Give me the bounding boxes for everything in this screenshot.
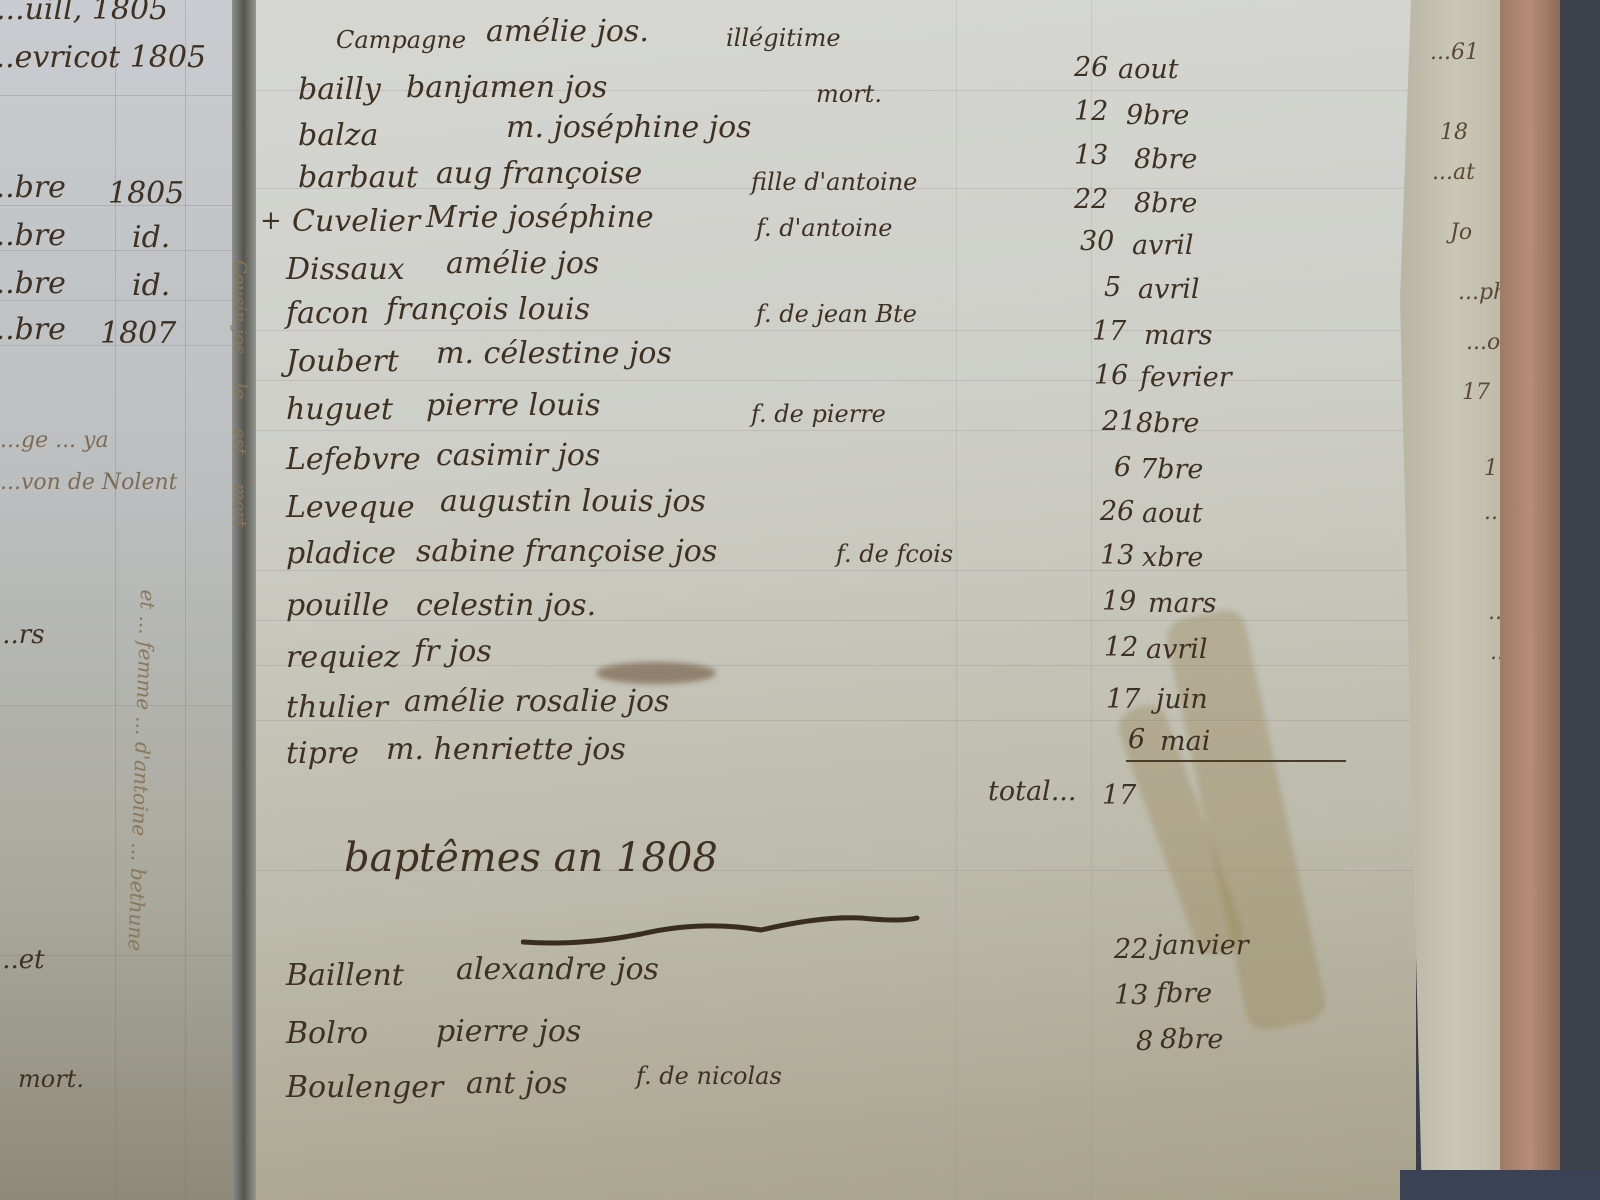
- entry-given: françois louis: [386, 292, 590, 327]
- mort-note: mort.: [18, 1065, 84, 1093]
- entry-date-day: 13: [1114, 980, 1148, 1011]
- entry-note: fille d'antoine: [751, 168, 917, 196]
- section-heading: baptêmes an 1808: [344, 835, 718, 881]
- entry-surname: Cuvelier: [292, 204, 420, 239]
- entry-date-month: avril: [1132, 230, 1194, 261]
- ruled-line: [0, 95, 238, 96]
- entry-date-month: aout: [1142, 498, 1203, 529]
- entry-surname: Dissaux: [286, 252, 405, 287]
- entry-given: amélie jos.: [486, 14, 649, 49]
- left-entry: ...bre: [0, 218, 66, 253]
- entry-date-day: 8: [1136, 1026, 1153, 1057]
- entry-date-month: fbre: [1156, 978, 1212, 1009]
- left-entry: ...bre: [0, 266, 66, 301]
- entry-given: amélie rosalie jos: [404, 684, 670, 719]
- entry-surname: Lefebvre: [286, 442, 421, 477]
- entry-date-day: 17: [1092, 316, 1126, 347]
- entry-given: fr jos: [414, 634, 492, 669]
- left-entry: ...evricot 1805: [0, 40, 206, 75]
- entry-date-day: 5: [1104, 272, 1121, 303]
- entry-surname: Joubert: [286, 344, 399, 379]
- left-entry-year: 1807: [100, 316, 176, 351]
- entry-date-month: 8bre: [1136, 408, 1199, 439]
- edge-fragment: ...at: [1432, 160, 1475, 185]
- entry-date-day: 26: [1100, 496, 1134, 527]
- entry-date-month: juin: [1156, 684, 1208, 715]
- ruled-line: [256, 570, 1416, 571]
- entry-surname: Campagne: [336, 26, 466, 54]
- entry-surname: pouille: [286, 588, 389, 623]
- cross-mark: +: [260, 206, 282, 236]
- entry-date-month: janvier: [1154, 930, 1249, 961]
- column-line: [956, 0, 957, 1200]
- edge-fragment: ...61: [1430, 40, 1479, 65]
- entry-given: amélie jos: [446, 246, 599, 281]
- entry-note: mort.: [816, 80, 882, 108]
- entry-surname: facon: [286, 296, 369, 331]
- ruled-line: [256, 430, 1416, 431]
- entry-date-month: mars: [1144, 320, 1212, 351]
- entry-given: celestin jos.: [416, 588, 596, 623]
- entry-given: ant jos: [466, 1066, 568, 1101]
- faint-text: ...ge ... ya: [0, 428, 109, 453]
- entry-given: pierre jos: [436, 1014, 581, 1049]
- total-label: total...: [988, 776, 1076, 807]
- faint-text: ...et: [0, 945, 45, 975]
- left-entry-year: id.: [132, 220, 170, 255]
- entry-date-day: 22: [1114, 934, 1148, 965]
- entry-surname: huguet: [286, 392, 393, 427]
- book-cover-edge: [1500, 0, 1560, 1200]
- entry-surname: tipre: [286, 736, 359, 771]
- entry-note: f. d'antoine: [756, 214, 892, 242]
- background: [1560, 0, 1600, 1200]
- ruled-line: [0, 705, 238, 706]
- entry-date-day: 30: [1080, 226, 1114, 257]
- entry-date-month: 8bre: [1134, 144, 1197, 175]
- entry-surname: pladice: [286, 536, 396, 571]
- entry-given: Mrie joséphine: [426, 200, 654, 235]
- entry-given: banjamen jos: [406, 70, 607, 105]
- left-entry-year: id.: [132, 268, 170, 303]
- left-page: ...uill, 1805 ...evricot 1805 ...bre 180…: [0, 0, 238, 1200]
- entry-surname: balza: [298, 118, 378, 153]
- entry-date-month: 8bre: [1160, 1024, 1223, 1055]
- entry-given: casimir jos: [436, 438, 600, 473]
- total-value: 17: [1102, 780, 1136, 811]
- column-line: [1091, 0, 1092, 1200]
- entry-given: pierre louis: [426, 388, 601, 423]
- entry-date-month: 8bre: [1134, 188, 1197, 219]
- entry-date-day: 13: [1100, 540, 1134, 571]
- edge-fragment: 17: [1462, 380, 1490, 405]
- entry-date-day: 6: [1128, 724, 1145, 755]
- entry-date-day: 19: [1102, 586, 1136, 617]
- entry-surname: requiez: [286, 640, 400, 675]
- entry-surname: Baillent: [286, 958, 404, 993]
- entry-date-day: 6: [1114, 452, 1131, 483]
- entry-note: f. de nicolas: [636, 1062, 782, 1090]
- ruled-line: [256, 380, 1416, 381]
- entry-date-month: fevrier: [1140, 362, 1232, 393]
- entry-date-day: 12: [1074, 96, 1108, 127]
- entry-date-day: 12: [1104, 632, 1138, 663]
- edge-fragment: 18: [1440, 120, 1468, 145]
- entry-date-month: avril: [1138, 274, 1200, 305]
- entry-given: aug françoise: [436, 156, 642, 191]
- entry-surname: Leveque: [286, 490, 415, 525]
- background-shadow: [1400, 1170, 1600, 1200]
- entry-surname: thulier: [286, 690, 388, 725]
- entry-date-day: 13: [1074, 140, 1108, 171]
- entry-date-day: 21: [1102, 406, 1136, 437]
- entry-date-month: avril: [1146, 634, 1208, 665]
- register-page: Campagne amélie jos. illégitime 26 aout …: [256, 0, 1416, 1200]
- entry-note: illégitime: [726, 24, 841, 52]
- flourish-divider: [521, 912, 921, 952]
- edge-fragment: Jo: [1450, 220, 1472, 245]
- left-entry: ...bre: [0, 170, 66, 205]
- faint-text: ...rs: [0, 620, 45, 650]
- entry-surname: Bolro: [286, 1016, 368, 1051]
- left-entry-year: 1805: [108, 176, 184, 211]
- entry-date-month: 7bre: [1140, 454, 1203, 485]
- entry-date-month: aout: [1118, 54, 1179, 85]
- entry-date-month: xbre: [1142, 542, 1203, 573]
- ruled-line: [256, 330, 1416, 331]
- column-line: [185, 0, 186, 1200]
- left-entry: ...bre: [0, 312, 66, 347]
- entry-note: f. de pierre: [751, 400, 886, 428]
- entry-surname: bailly: [298, 72, 381, 107]
- entry-given: alexandre jos: [456, 952, 659, 987]
- entry-surname: Boulenger: [286, 1070, 443, 1105]
- entry-date-day: 22: [1074, 184, 1108, 215]
- entry-given: m. joséphine jos: [506, 110, 752, 145]
- entry-date-day: 16: [1094, 360, 1128, 391]
- entry-note: f. de fcois: [836, 540, 953, 568]
- entry-note: f. de jean Bte: [756, 300, 917, 328]
- entry-date-day: 17: [1106, 684, 1140, 715]
- entry-surname: barbaut: [298, 160, 418, 195]
- faint-text: ...von de Nolent: [0, 470, 177, 495]
- entry-date-month: mai: [1160, 726, 1210, 757]
- entry-date-month: 9bre: [1126, 100, 1189, 131]
- entry-given: augustin louis jos: [440, 484, 706, 519]
- gutter-vertical-note: Cousin jos ... le ... est ... mort: [229, 260, 250, 527]
- entry-given: sabine françoise jos: [416, 534, 717, 569]
- vertical-margin-note: et ... femme ... d'antoine ... bethune: [123, 589, 160, 951]
- ink-smudge: [596, 662, 716, 684]
- entry-date-day: 26: [1074, 52, 1108, 83]
- entry-given: m. henriette jos: [386, 732, 626, 767]
- left-entry: ...uill, 1805: [0, 0, 168, 27]
- total-underline: [1126, 760, 1346, 762]
- entry-given: m. célestine jos: [436, 336, 672, 371]
- entry-date-month: mars: [1148, 588, 1216, 619]
- book-gutter: [232, 0, 258, 1200]
